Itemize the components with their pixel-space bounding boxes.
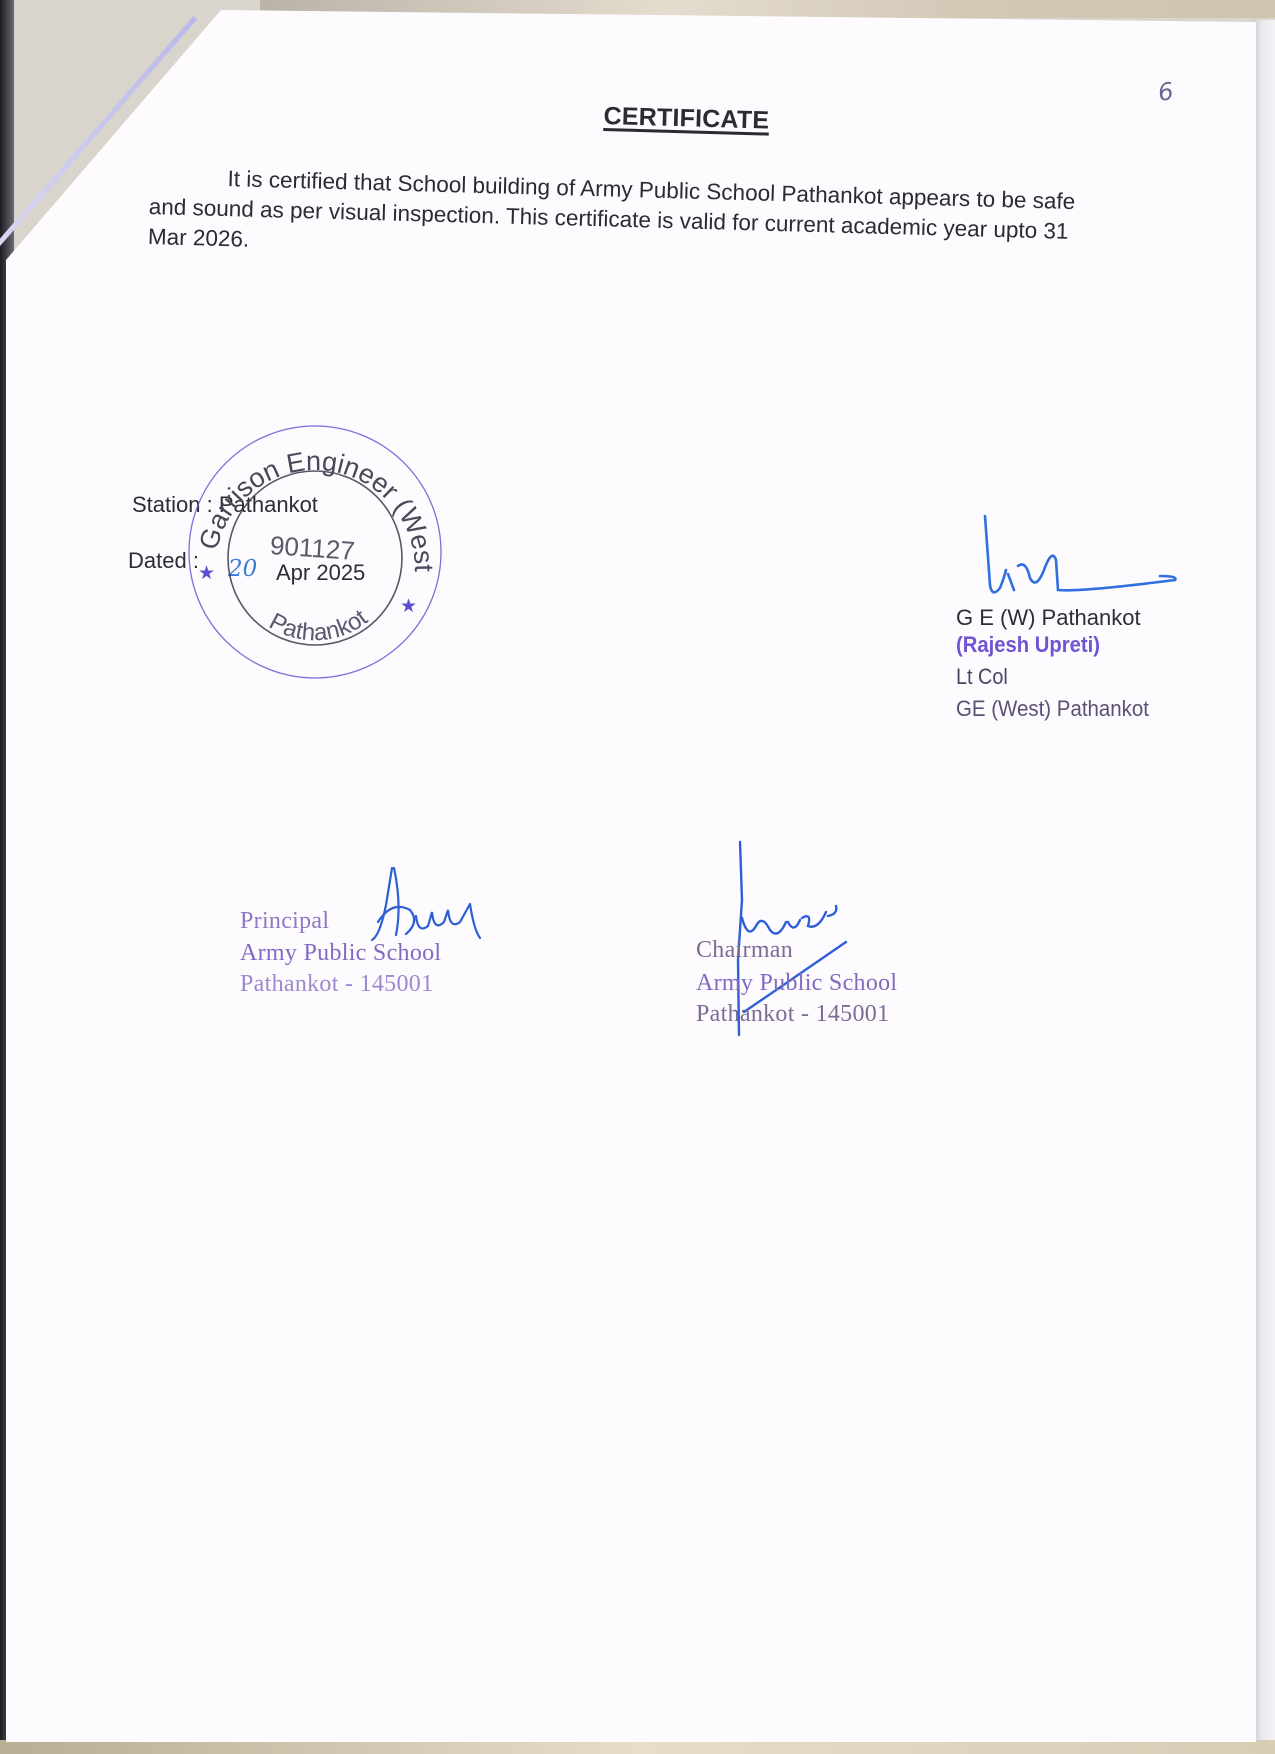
principal-school: Army Public School	[240, 940, 441, 967]
chairman-school: Army Public School	[696, 970, 897, 997]
ge-rank: Lt Col	[956, 664, 1008, 690]
ge-signature	[985, 516, 1175, 592]
principal-role: Principal	[240, 908, 329, 935]
principal-signature	[372, 868, 480, 940]
signature-strokes	[0, 0, 1275, 1754]
ge-designation: G E (W) Pathankot	[956, 605, 1141, 631]
ge-office: GE (West) Pathankot	[956, 696, 1149, 722]
principal-address: Pathankot - 145001	[240, 971, 433, 998]
chairman-role: Chairman	[696, 937, 793, 964]
ge-name: (Rajesh Upreti)	[956, 632, 1100, 658]
chairman-address: Pathankot - 145001	[696, 1001, 889, 1028]
